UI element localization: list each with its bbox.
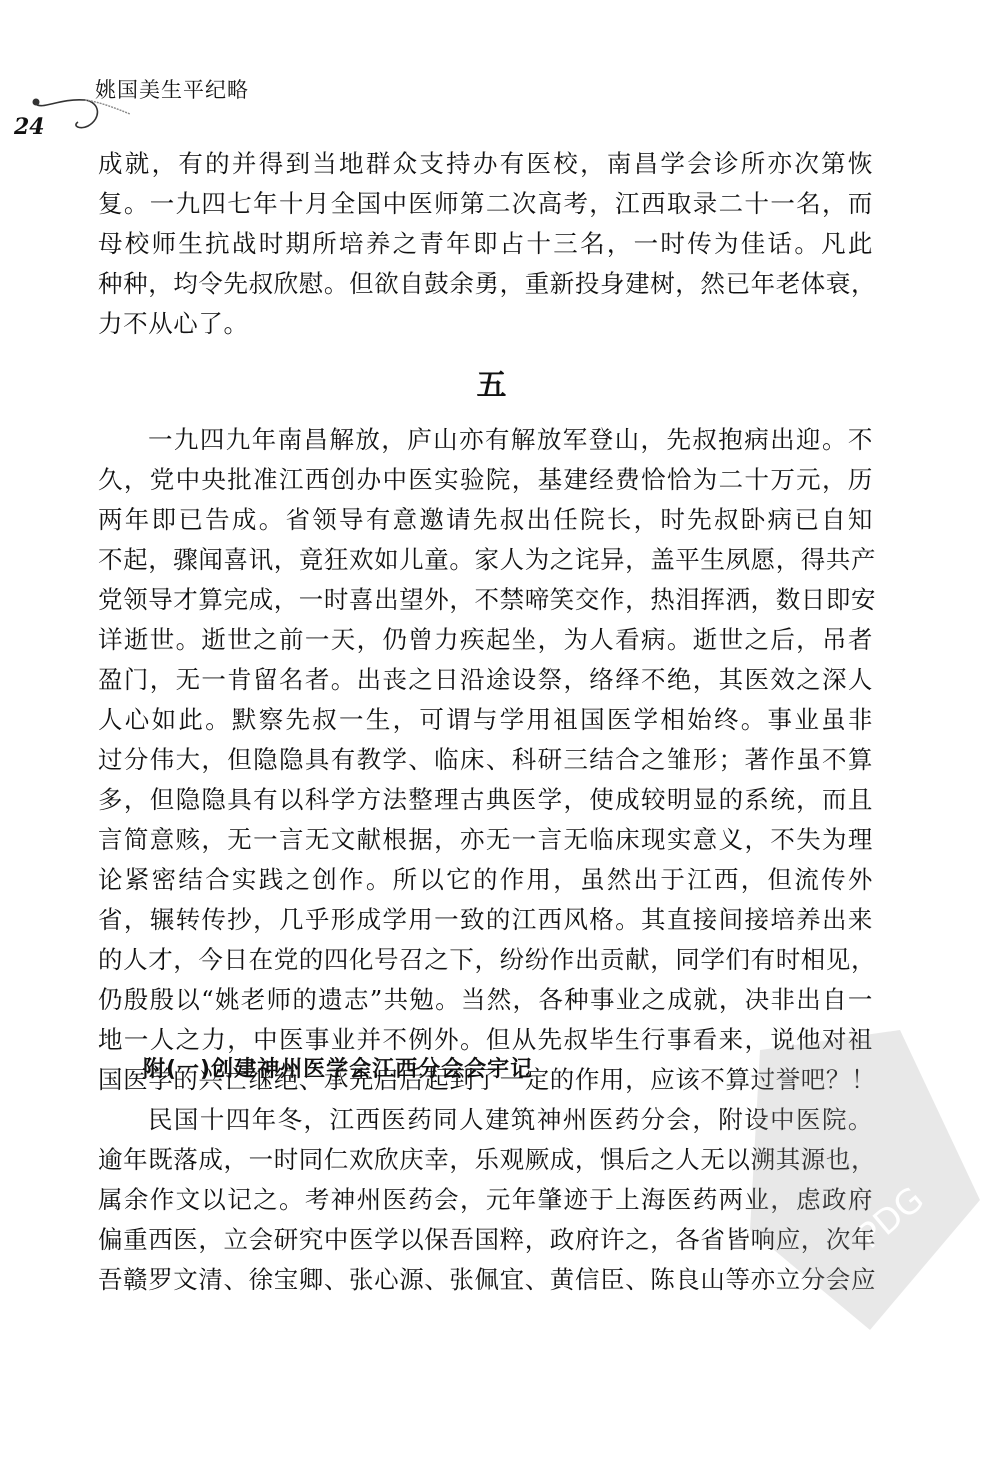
- page-number: 24: [14, 114, 45, 140]
- text-line: 民国十四年冬，江西医药同人建筑神州医药分会，附设中医院。: [98, 1100, 873, 1140]
- text-line: 偏重西医，立会研究中医学以保吾国粹，政府许之，各省皆响应，次年: [98, 1220, 873, 1260]
- text-line: 的人才，今日在党的四化号召之下，纷纷作出贡献，同学们有时相见，: [98, 940, 873, 980]
- section-number: 五: [0, 360, 983, 404]
- text-line: 属余作文以记之。考神州医药会，元年肇迹于上海医药两业，虑政府: [98, 1180, 873, 1220]
- text-line: 仍殷殷以“姚老师的遗志”共勉。当然，各种事业之成就，决非出自一: [98, 980, 873, 1020]
- text-line: 吾赣罗文清、徐宝卿、张心源、张佩宜、黄信臣、陈良山等亦立分会应: [98, 1260, 873, 1300]
- text-line: 党领导才算完成，一时喜出望外，不禁啼笑交作，热泪挥洒，数日即安: [98, 580, 873, 620]
- appendix-paragraph: 民国十四年冬，江西医药同人建筑神州医药分会，附设中医院。 逾年既落成，一时同仁欢…: [98, 1100, 873, 1300]
- paragraph-2: 一九四九年南昌解放，庐山亦有解放军登山，先叔抱病出迎。不 久，党中央批准江西创办…: [98, 420, 873, 1100]
- text-line: 省，辗转传抄，几乎形成学用一致的江西风格。其直接间接培养出来: [98, 900, 873, 940]
- paragraph-1: 成就，有的并得到当地群众支持办有医校，南昌学会诊所亦次第恢 复。一九四七年十月全…: [98, 144, 873, 344]
- text-line: 人心如此。默察先叔一生，可谓与学用祖国医学相始终。事业虽非: [98, 700, 873, 740]
- text-line: 母校师生抗战时期所培养之青年即占十三名，一时传为佳话。凡此: [98, 224, 873, 264]
- text-line: 言简意赅，无一言无文献根据，亦无一言无临床现实意义，不失为理: [98, 820, 873, 860]
- page-header: 姚国美生平纪略 24: [0, 70, 500, 140]
- text-line: 逾年既落成，一时同仁欢欣庆幸，乐观厥成，惧后之人无以溯其源也，: [98, 1140, 873, 1180]
- text-line: 论紧密结合实践之创作。所以它的作用，虽然出于江西，但流传外: [98, 860, 873, 900]
- text-line: 两年即已告成。省领导有意邀请先叔出任院长，时先叔卧病已自知: [98, 500, 873, 540]
- text-line: 久，党中央批准江西创办中医实验院，基建经费恰恰为二十万元，历: [98, 460, 873, 500]
- appendix-heading: 附(一)创建神州医学会江西分会会宇记: [143, 1052, 533, 1083]
- text-line: 成就，有的并得到当地群众支持办有医校，南昌学会诊所亦次第恢: [98, 144, 873, 184]
- swash-ornament-icon: [30, 96, 140, 136]
- text-line: 不起，骤闻喜讯，竟狂欢如儿童。家人为之诧异，盖平生夙愿，得共产: [98, 540, 873, 580]
- text-line: 盈门，无一肯留名者。出丧之日沿途设祭，络绎不绝，其医效之深人: [98, 660, 873, 700]
- text-line: 多，但隐隐具有以科学方法整理古典医学，使成较明显的系统，而且: [98, 780, 873, 820]
- text-line: 力不从心了。: [98, 304, 873, 344]
- text-line: 详逝世。逝世之前一天，仍曾力疾起坐，为人看病。逝世之后，吊者: [98, 620, 873, 660]
- text-line: 过分伟大，但隐隐具有教学、临床、科研三结合之雏形；著作虽不算: [98, 740, 873, 780]
- text-line: 复。一九四七年十月全国中医师第二次高考，江西取录二十一名，而: [98, 184, 873, 224]
- text-line: 种种，均令先叔欣慰。但欲自鼓余勇，重新投身建树，然已年老体衰，: [98, 264, 873, 304]
- text-line: 一九四九年南昌解放，庐山亦有解放军登山，先叔抱病出迎。不: [98, 420, 873, 460]
